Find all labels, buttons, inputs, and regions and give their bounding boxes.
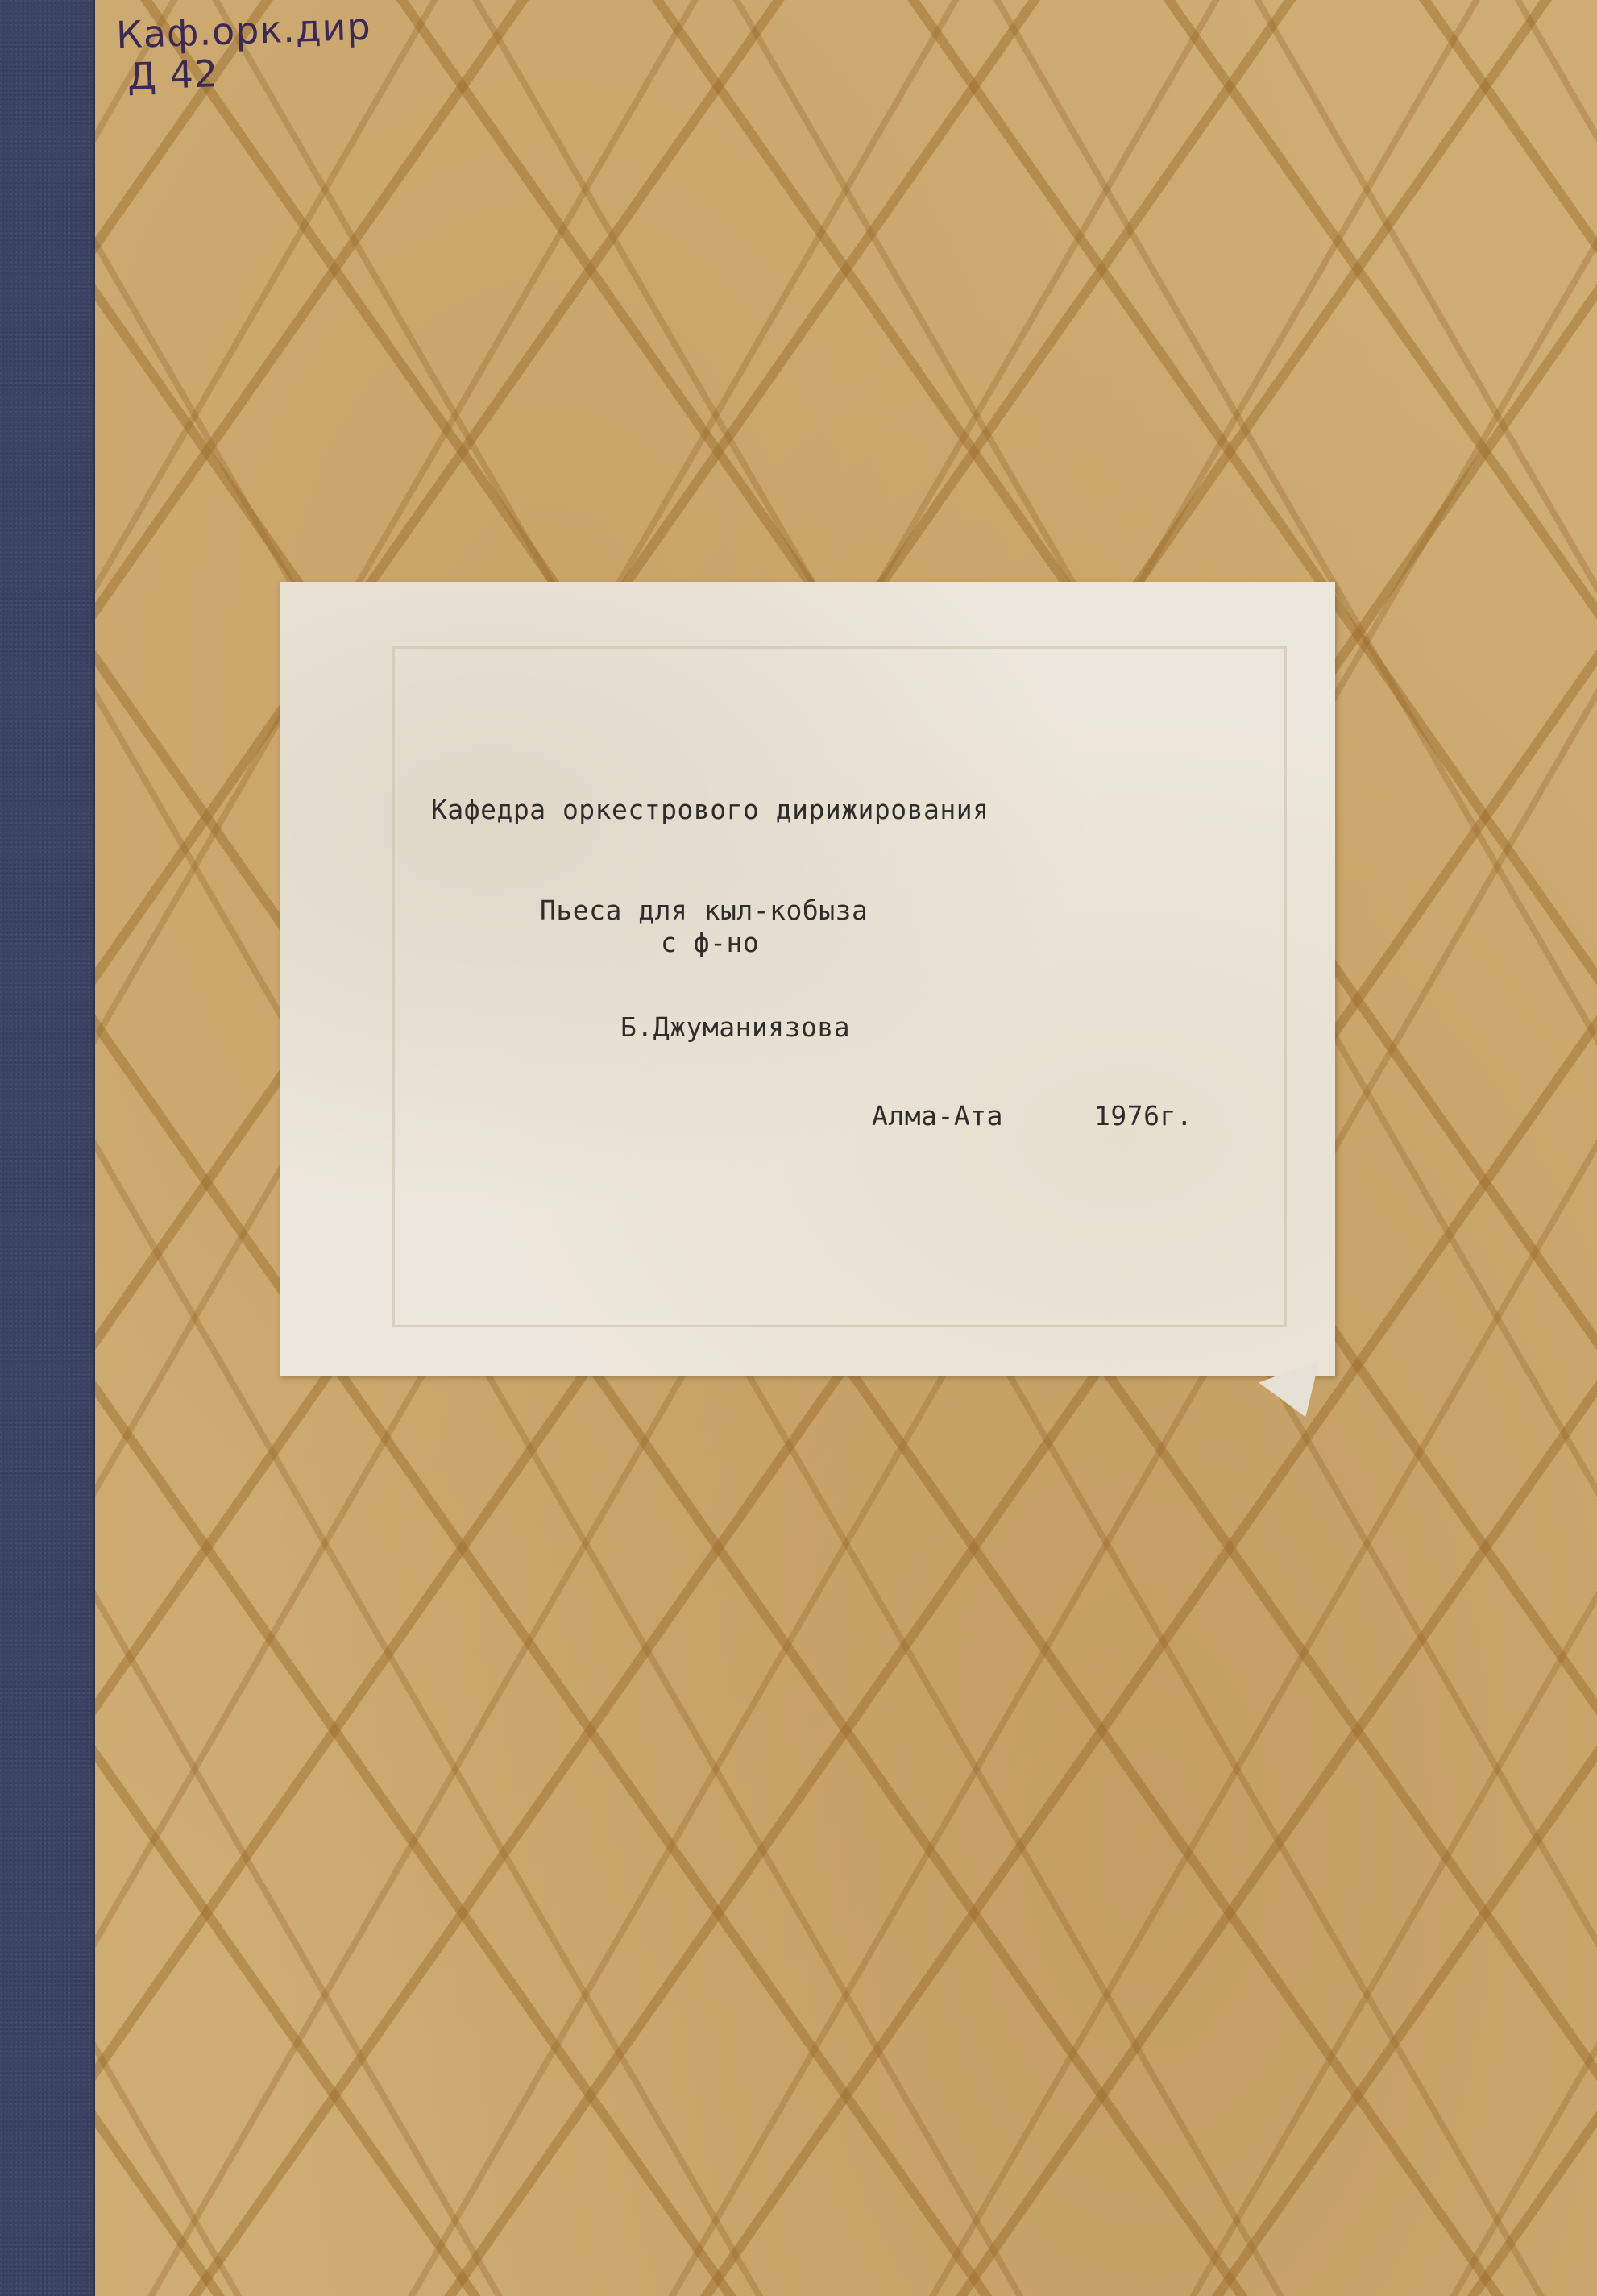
shelf-mark-line1: Каф.орк.дир <box>115 6 371 56</box>
shelf-mark-line2: Д 42 <box>117 47 373 98</box>
label-inner-border <box>392 646 1287 1327</box>
handwritten-shelf-mark: Каф.орк.дир Д 42 <box>115 6 373 98</box>
piece-title: Пьеса для кыл-кобыза <box>540 895 868 926</box>
title-label <box>280 582 1335 1376</box>
author-name: Б.Джуманиязова <box>620 1011 850 1043</box>
publication-year: 1976г. <box>1094 1100 1193 1131</box>
book-spine <box>0 0 95 2296</box>
piece-subtitle: с ф-но <box>661 927 759 958</box>
publication-place: Алма-Ата <box>872 1100 1003 1131</box>
department-name: Кафедра оркестрового дирижирования <box>431 794 989 825</box>
